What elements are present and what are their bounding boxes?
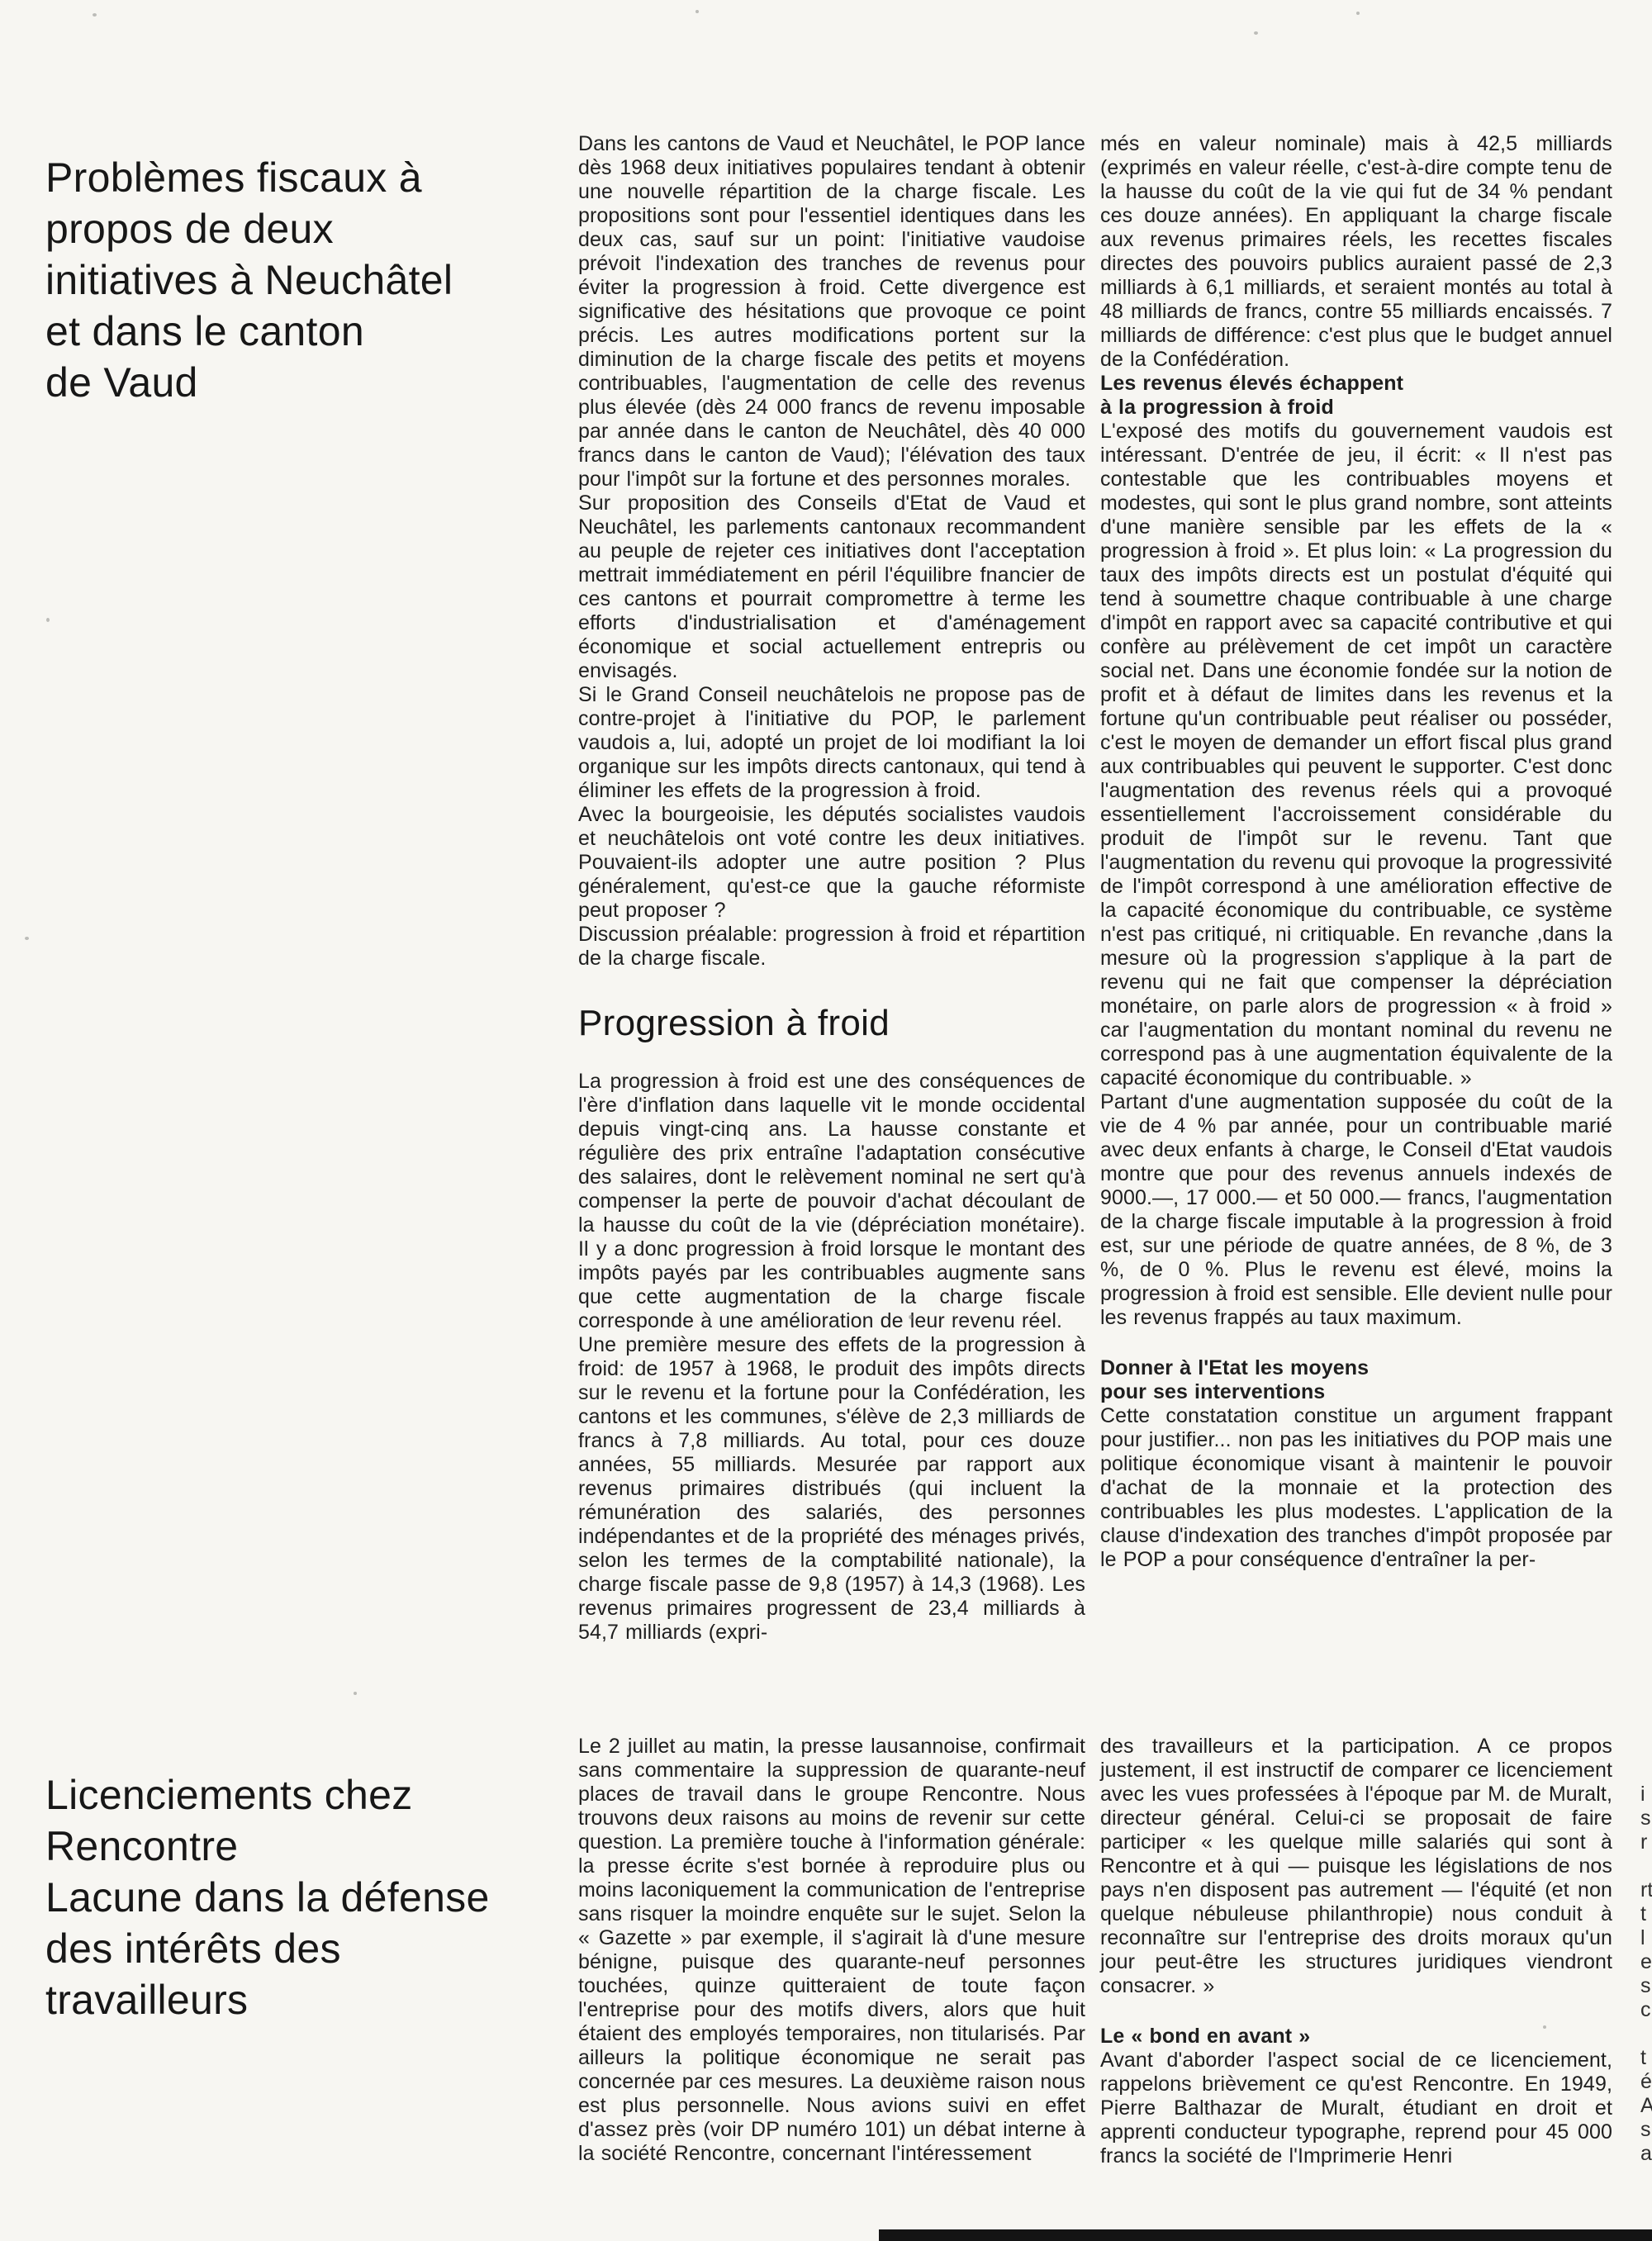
fiscal-column-right: més en valeur nominale) mais à 42,5 mill…: [1100, 132, 1612, 1572]
scan-speck: [93, 13, 97, 17]
rencontre-right-paragraph: Avant d'aborder l'aspect social de ce li…: [1100, 2049, 1612, 2168]
scan-speck: [1254, 31, 1258, 35]
scan-speck: [46, 618, 50, 622]
fiscal-intro-paragraph: Si le Grand Conseil neuchâtelois ne prop…: [578, 683, 1085, 803]
scan-speck: [695, 10, 699, 13]
article-fiscal-headline: Problèmes fiscaux à propos de deux initi…: [45, 152, 566, 408]
rencontre-right-paragraph: des travailleurs et la participation. A …: [1100, 1735, 1612, 1998]
section-title-progression-a-froid: Progression à froid: [578, 1004, 1085, 1043]
bottom-ink-bar: [879, 2229, 1652, 2241]
article-rencontre-headline: Licenciements chez Rencontre Lacune dans…: [45, 1769, 566, 2025]
scan-speck: [1543, 2025, 1546, 2029]
scan-speck: [909, 1315, 913, 1319]
page-edge-text-fragments: i s r rt t l e s c t é A s a: [1640, 1783, 1652, 2196]
fiscal-right-paragraph: Cette constatation constitue un argument…: [1100, 1404, 1612, 1572]
subhead-donner-etat: Donner à l'Etat les moyens pour ses inte…: [1100, 1356, 1612, 1404]
fiscal-intro-paragraph: Dans les cantons de Vaud et Neuchâtel, l…: [578, 132, 1085, 491]
fiscal-intro-paragraph: Discussion préalable: progression à froi…: [578, 923, 1085, 971]
subhead-revenus-eleves: Les revenus élevés échappent à la progre…: [1100, 372, 1612, 420]
scan-speck: [354, 1692, 357, 1695]
fiscal-column-middle: Dans les cantons de Vaud et Neuchâtel, l…: [578, 132, 1085, 1645]
fiscal-section-paragraph: La progression à froid est une des consé…: [578, 1070, 1085, 1333]
subhead-bond-en-avant: Le « bond en avant »: [1100, 2025, 1612, 2049]
rencontre-column-right: des travailleurs et la participation. A …: [1100, 1735, 1612, 2168]
scan-speck: [1356, 12, 1360, 15]
rencontre-column-middle: Le 2 juillet au matin, la presse lausann…: [578, 1735, 1085, 2166]
fiscal-section-paragraph: Une première mesure des effets de la pro…: [578, 1333, 1085, 1645]
fiscal-right-paragraph: L'exposé des motifs du gouvernement vaud…: [1100, 420, 1612, 1090]
fiscal-intro-paragraph: Avec la bourgeoisie, les députés sociali…: [578, 803, 1085, 923]
scanned-magazine-page: Problèmes fiscaux à propos de deux initi…: [0, 0, 1652, 2241]
scan-speck: [25, 937, 29, 940]
fiscal-intro-paragraph: Sur proposition des Conseils d'Etat de V…: [578, 491, 1085, 683]
fiscal-right-paragraph: Partant d'une augmentation supposée du c…: [1100, 1090, 1612, 1330]
rencontre-middle-paragraph: Le 2 juillet au matin, la presse lausann…: [578, 1735, 1085, 2166]
fiscal-right-paragraph: més en valeur nominale) mais à 42,5 mill…: [1100, 132, 1612, 372]
